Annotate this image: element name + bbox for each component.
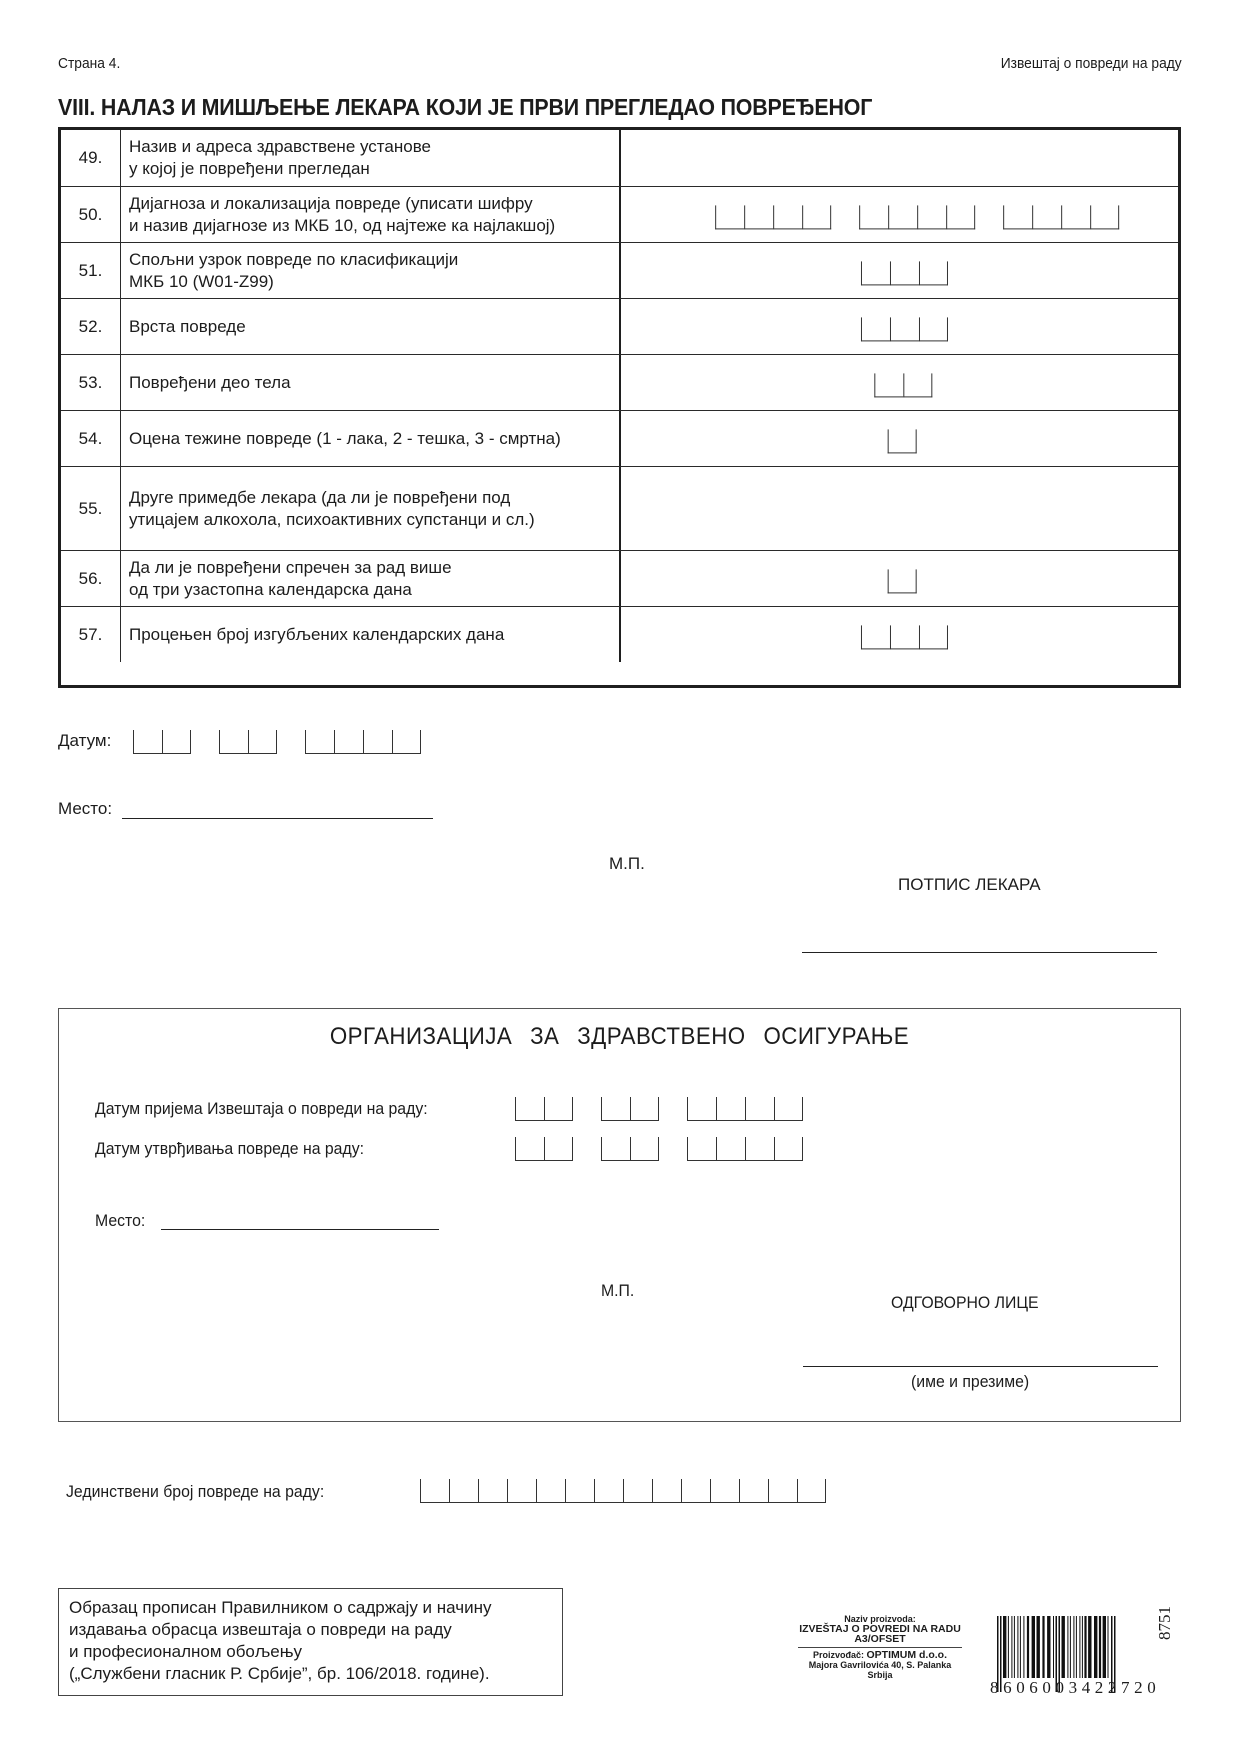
org-stamp-label: М.П. (601, 1281, 634, 1301)
row-value-field[interactable] (623, 355, 1178, 410)
determination-date-label: Датум утврђивања повреде на раду: (95, 1139, 364, 1159)
responsible-person-label: ОДГОВОРНО ЛИЦЕ (891, 1293, 1039, 1313)
digit-box[interactable] (710, 1479, 739, 1503)
digit-box[interactable] (1061, 205, 1090, 229)
row-label: Процењен број изгубљених календарских да… (121, 607, 621, 662)
document-title: Извештај о повреди на раду (1001, 55, 1182, 72)
digit-box[interactable] (802, 205, 831, 229)
digit-box[interactable] (716, 1097, 745, 1121)
row-value-field[interactable] (623, 607, 1178, 662)
code-boxes[interactable] (860, 317, 947, 341)
row-number: 55. (61, 467, 121, 550)
digit-box[interactable] (768, 1479, 797, 1503)
row-label: Спољни узрок повреде по класификацијиМКБ… (121, 243, 621, 298)
digit-box[interactable] (630, 1137, 659, 1161)
digit-box[interactable] (889, 317, 918, 341)
digit-box[interactable] (716, 1137, 745, 1161)
digit-box[interactable] (544, 1097, 573, 1121)
digit-box[interactable] (918, 261, 947, 285)
barcode-number: 8606003422720 (990, 1678, 1160, 1698)
health-insurance-organization-box: ОРГАНИЗАЦИЈА ЗА ЗДРАВСТВЕНО ОСИГУРАЊЕ Да… (58, 1008, 1181, 1422)
regulation-line: и професионалном обољењу (69, 1641, 552, 1663)
digit-box[interactable] (918, 625, 947, 649)
digit-box[interactable] (248, 730, 277, 754)
digit-box[interactable] (918, 317, 947, 341)
product-format: A3/OFSET (790, 1634, 970, 1644)
row-number: 57. (61, 607, 121, 662)
digit-box[interactable] (133, 730, 162, 754)
stamp-label: М.П. (609, 854, 645, 874)
digit-box[interactable] (601, 1097, 630, 1121)
code-boxes[interactable] (887, 569, 916, 593)
digit-box[interactable] (601, 1137, 630, 1161)
digit-box[interactable] (774, 1137, 803, 1161)
regulation-line: издавања обрасца извештаја о повреди на … (69, 1619, 552, 1641)
barcode-side-code: 8751 (1155, 1606, 1175, 1640)
row-label: Да ли је повређени спречен за рад вишеод… (121, 551, 621, 606)
organization-title: ОРГАНИЗАЦИЈА ЗА ЗДРАВСТВЕНО ОСИГУРАЊЕ (98, 1023, 1141, 1051)
place-input-line[interactable] (122, 800, 433, 819)
digit-box[interactable] (860, 625, 889, 649)
digit-box[interactable] (744, 205, 773, 229)
digit-box[interactable] (888, 205, 917, 229)
digit-box[interactable] (478, 1479, 507, 1503)
digit-box[interactable] (745, 1097, 774, 1121)
row-label-line: МКБ 10 (W01-Z99) (129, 271, 619, 293)
org-place-input-line[interactable] (161, 1211, 439, 1230)
digit-box[interactable] (594, 1479, 623, 1503)
manufacturer-label: Proizvođač: (813, 1650, 864, 1660)
row-label-line: Друге примедбе лекара (да ли је повређен… (129, 487, 619, 509)
row-number: 51. (61, 243, 121, 298)
digit-box-group[interactable] (133, 730, 191, 754)
row-label-line: и назив дијагнозе из МКБ 10, од најтеже … (129, 215, 619, 237)
row-label-line: Процењен број изгубљених календарских да… (129, 624, 619, 646)
name-caption: (име и презиме) (911, 1372, 1029, 1392)
digit-box[interactable] (946, 205, 975, 229)
digit-box-group[interactable] (420, 1479, 826, 1503)
digit-box-group[interactable] (1003, 205, 1119, 229)
table-row: 51.Спољни узрок повреде по класификацији… (61, 242, 1178, 298)
doctor-findings-table: 49.Назив и адреса здравствене установеу … (58, 127, 1181, 688)
digit-box[interactable] (797, 1479, 826, 1503)
place-label: Место: (58, 799, 112, 819)
doctor-signature-label: ПОТПИС ЛЕКАРА (898, 875, 1041, 895)
digit-box-group[interactable] (687, 1137, 803, 1161)
digit-box-group[interactable] (687, 1097, 803, 1121)
receipt-date-label: Датум пријема Извештаја о повреди на рад… (95, 1099, 428, 1119)
manufacturer-address: Majora Gavrilovića 40, S. Palanka (790, 1660, 970, 1670)
producer-divider (798, 1647, 962, 1648)
row-label-line: Назив и адреса здравствене установе (129, 136, 619, 158)
digit-box[interactable] (917, 205, 946, 229)
digit-box[interactable] (860, 261, 889, 285)
digit-box[interactable] (889, 261, 918, 285)
determination-date-field[interactable] (515, 1137, 803, 1161)
code-boxes[interactable] (874, 373, 932, 397)
digit-box[interactable] (536, 1479, 565, 1503)
row-number: 49. (61, 130, 121, 186)
digit-box[interactable] (874, 373, 903, 397)
digit-box[interactable] (715, 205, 744, 229)
responsible-person-signature-line[interactable] (803, 1344, 1158, 1367)
row-label: Назив и адреса здравствене установеу кој… (121, 130, 621, 186)
row-label-line: у којој је повређени прегледан (129, 158, 619, 180)
table-row: 54.Оцена тежине повреде (1 - лака, 2 - т… (61, 410, 1178, 466)
row-label: Врста повреде (121, 299, 621, 354)
row-label: Повређени део тела (121, 355, 621, 410)
receipt-date-field[interactable] (515, 1097, 803, 1121)
digit-box-group[interactable] (859, 205, 975, 229)
digit-box-group[interactable] (305, 730, 421, 754)
digit-box[interactable] (687, 1097, 716, 1121)
digit-box-group[interactable] (601, 1097, 659, 1121)
digit-box[interactable] (334, 730, 363, 754)
row-number: 56. (61, 551, 121, 606)
row-value-field[interactable] (623, 411, 1178, 466)
digit-box[interactable] (860, 317, 889, 341)
digit-box-group[interactable] (515, 1097, 573, 1121)
row-label-line: од три узастопна календарска дана (129, 579, 619, 601)
table-row: 55.Друге примедбе лекара (да ли је повре… (61, 466, 1178, 550)
digit-box-group[interactable] (874, 373, 932, 397)
row-value-field[interactable] (623, 467, 1178, 550)
digit-box[interactable] (420, 1479, 449, 1503)
code-boxes[interactable] (715, 205, 1119, 229)
manufacturer-country: Srbija (790, 1670, 970, 1680)
row-value-field[interactable] (623, 243, 1178, 298)
digit-box[interactable] (219, 730, 248, 754)
digit-box-group[interactable] (219, 730, 277, 754)
digit-box[interactable] (162, 730, 191, 754)
table-row: 53.Повређени део тела (61, 354, 1178, 410)
digit-box[interactable] (681, 1479, 710, 1503)
row-number: 52. (61, 299, 121, 354)
digit-box[interactable] (773, 205, 802, 229)
row-label: Оцена тежине повреде (1 - лака, 2 - тешк… (121, 411, 621, 466)
row-value-field[interactable] (623, 299, 1178, 354)
digit-box[interactable] (903, 373, 932, 397)
digit-box[interactable] (363, 730, 392, 754)
table-row: 56.Да ли је повређени спречен за рад виш… (61, 550, 1178, 606)
digit-box-group[interactable] (515, 1137, 573, 1161)
digit-box[interactable] (565, 1479, 594, 1503)
digit-box[interactable] (745, 1137, 774, 1161)
digit-box[interactable] (774, 1097, 803, 1121)
org-place-label: Место: (95, 1211, 145, 1231)
unique-number-field[interactable] (420, 1479, 826, 1503)
digit-box-group[interactable] (860, 317, 947, 341)
row-number: 54. (61, 411, 121, 466)
digit-box[interactable] (305, 730, 334, 754)
digit-box[interactable] (392, 730, 421, 754)
row-label-line: Да ли је повређени спречен за рад више (129, 557, 619, 579)
code-boxes[interactable] (860, 625, 947, 649)
digit-box[interactable] (630, 1097, 659, 1121)
digit-box[interactable] (515, 1097, 544, 1121)
unique-number-label: Јединствени број повреде на раду: (66, 1482, 324, 1502)
row-value-field[interactable] (623, 130, 1178, 186)
digit-box[interactable] (449, 1479, 478, 1503)
digit-box[interactable] (739, 1479, 768, 1503)
row-label: Дијагноза и локализација повреде (уписат… (121, 187, 621, 242)
table-row: 57.Процењен број изгубљених календарских… (61, 606, 1178, 662)
digit-box[interactable] (859, 205, 888, 229)
digit-box[interactable] (1032, 205, 1061, 229)
digit-box[interactable] (623, 1479, 652, 1503)
table-row: 52.Врста повреде (61, 298, 1178, 354)
row-value-field[interactable] (623, 187, 1178, 242)
doctor-date-field[interactable] (133, 730, 421, 754)
digit-box[interactable] (652, 1479, 681, 1503)
page-number: Страна 4. (58, 55, 120, 72)
digit-box[interactable] (544, 1137, 573, 1161)
row-label-line: Дијагноза и локализација повреде (уписат… (129, 193, 619, 215)
row-label-line: Спољни узрок повреде по класификацији (129, 249, 619, 271)
row-label: Друге примедбе лекара (да ли је повређен… (121, 467, 621, 550)
row-label-line: Врста повреде (129, 316, 619, 338)
digit-box-group[interactable] (860, 261, 947, 285)
digit-box[interactable] (1003, 205, 1032, 229)
doctor-signature-line[interactable] (802, 930, 1157, 953)
digit-box[interactable] (515, 1137, 544, 1161)
regulation-line: („Службени гласник Р. Србије”, бр. 106/2… (69, 1663, 552, 1685)
row-value-field[interactable] (623, 551, 1178, 606)
code-boxes[interactable] (860, 261, 947, 285)
digit-box[interactable] (687, 1137, 716, 1161)
row-number: 50. (61, 187, 121, 242)
code-boxes[interactable] (887, 429, 916, 453)
row-label-line: утицајем алкохола, психоактивних супстан… (129, 509, 619, 531)
table-row: 49.Назив и адреса здравствене установеу … (61, 130, 1178, 186)
digit-box[interactable] (507, 1479, 536, 1503)
digit-box-group[interactable] (887, 429, 916, 453)
producer-info: Naziv proizvoda: IZVEŠTAJ O POVREDI NA R… (790, 1614, 970, 1680)
digit-box[interactable] (889, 625, 918, 649)
row-label-line: Оцена тежине повреде (1 - лака, 2 - тешк… (129, 428, 619, 450)
regulation-line: Образац прописан Правилником о садржају … (69, 1597, 552, 1619)
digit-box-group[interactable] (860, 625, 947, 649)
row-label-line: Повређени део тела (129, 372, 619, 394)
digit-box[interactable] (1090, 205, 1119, 229)
date-label: Датум: (58, 731, 111, 751)
table-row: 50.Дијагноза и локализација повреде (упи… (61, 186, 1178, 242)
digit-box[interactable] (887, 569, 916, 593)
row-number: 53. (61, 355, 121, 410)
digit-box[interactable] (887, 429, 916, 453)
digit-box-group[interactable] (601, 1137, 659, 1161)
section-title: VIII. НАЛАЗ И МИШЉЕЊЕ ЛЕКАРА КОЈИ ЈЕ ПРВ… (58, 94, 872, 121)
digit-box-group[interactable] (887, 569, 916, 593)
digit-box-group[interactable] (715, 205, 831, 229)
regulation-note: Образац прописан Правилником о садржају … (58, 1588, 563, 1696)
